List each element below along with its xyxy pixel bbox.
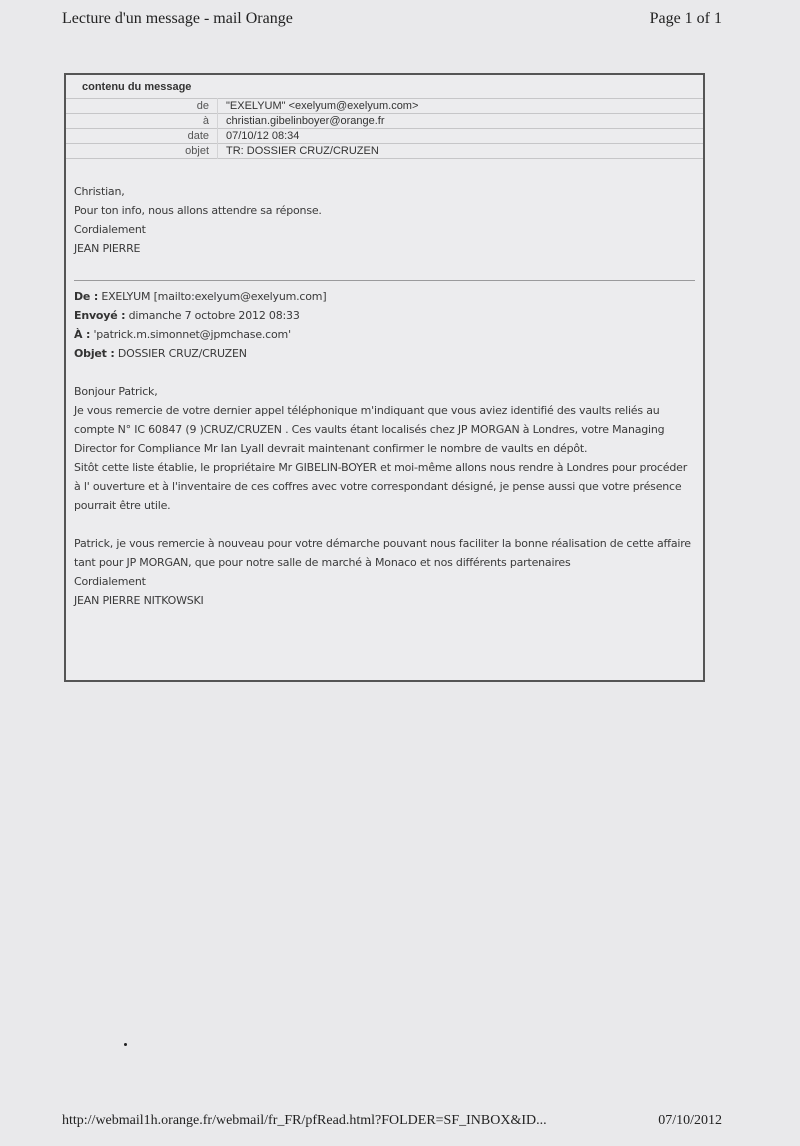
footer-url[interactable]: http://webmail1h.orange.fr/webmail/fr_FR…	[62, 1113, 547, 1129]
signature: JEAN PIERRE NITKOWSKI	[74, 591, 694, 610]
forwarded-subject-value: DOSSIER CRUZ/CRUZEN	[118, 347, 247, 360]
scan-speck	[124, 1043, 127, 1046]
to-label: à	[66, 114, 218, 129]
forward-separator	[74, 280, 695, 281]
reply-line: JEAN PIERRE	[74, 239, 694, 258]
date-value: 07/10/12 08:34	[218, 129, 704, 144]
reply-body: Christian, Pour ton info, nous allons at…	[74, 182, 694, 258]
closing: Cordialement	[74, 572, 694, 591]
message-header-table: de "EXELYUM" <exelyum@exelyum.com> à chr…	[66, 98, 703, 159]
forwarded-from-label: De :	[74, 290, 98, 303]
date-label: date	[66, 129, 218, 144]
forwarded-subject-label: Objet :	[74, 347, 115, 360]
reply-line: Pour ton info, nous allons attendre sa r…	[74, 201, 694, 220]
header-row-to: à christian.gibelinboyer@orange.fr	[66, 114, 703, 129]
print-header: Lecture d'un message - mail Orange Page …	[62, 10, 722, 28]
forwarded-sent-label: Envoyé :	[74, 309, 125, 322]
greeting: Bonjour Patrick,	[74, 382, 694, 401]
subject-label: objet	[66, 144, 218, 159]
message-content-box: contenu du message de "EXELYUM" <exelyum…	[64, 73, 705, 682]
reply-line: Christian,	[74, 182, 694, 201]
forwarded-sent-value: dimanche 7 octobre 2012 08:33	[129, 309, 300, 322]
reply-line: Cordialement	[74, 220, 694, 239]
paragraph-2: Sitôt cette liste établie, le propriétai…	[74, 458, 694, 515]
subject-value: TR: DOSSIER CRUZ/CRUZEN	[218, 144, 704, 159]
page-number: Page 1 of 1	[650, 10, 722, 28]
forwarded-from-value[interactable]: EXELYUM [mailto:exelyum@exelyum.com]	[101, 290, 326, 303]
forwarded-subject: Objet : DOSSIER CRUZ/CRUZEN	[74, 344, 694, 363]
print-footer: http://webmail1h.orange.fr/webmail/fr_FR…	[62, 1113, 722, 1129]
paragraph-3: Patrick, je vous remercie à nouveau pour…	[74, 534, 694, 572]
footer-date: 07/10/2012	[658, 1113, 722, 1129]
print-title: Lecture d'un message - mail Orange	[62, 10, 293, 28]
forwarded-sent: Envoyé : dimanche 7 octobre 2012 08:33	[74, 306, 694, 325]
header-row-from: de "EXELYUM" <exelyum@exelyum.com>	[66, 99, 703, 114]
to-value[interactable]: christian.gibelinboyer@orange.fr	[218, 114, 704, 129]
forwarded-to: À : 'patrick.m.simonnet@jpmchase.com'	[74, 325, 694, 344]
header-row-subject: objet TR: DOSSIER CRUZ/CRUZEN	[66, 144, 703, 159]
forwarded-from: De : EXELYUM [mailto:exelyum@exelyum.com…	[74, 287, 694, 306]
header-row-date: date 07/10/12 08:34	[66, 129, 703, 144]
paragraph-1: Je vous remercie de votre dernier appel …	[74, 401, 694, 458]
from-label: de	[66, 99, 218, 114]
forwarded-message: De : EXELYUM [mailto:exelyum@exelyum.com…	[74, 287, 694, 610]
box-title: contenu du message	[82, 81, 191, 93]
from-value[interactable]: "EXELYUM" <exelyum@exelyum.com>	[218, 99, 704, 114]
forwarded-to-label: À :	[74, 328, 90, 341]
forwarded-to-value[interactable]: 'patrick.m.simonnet@jpmchase.com'	[93, 328, 290, 341]
